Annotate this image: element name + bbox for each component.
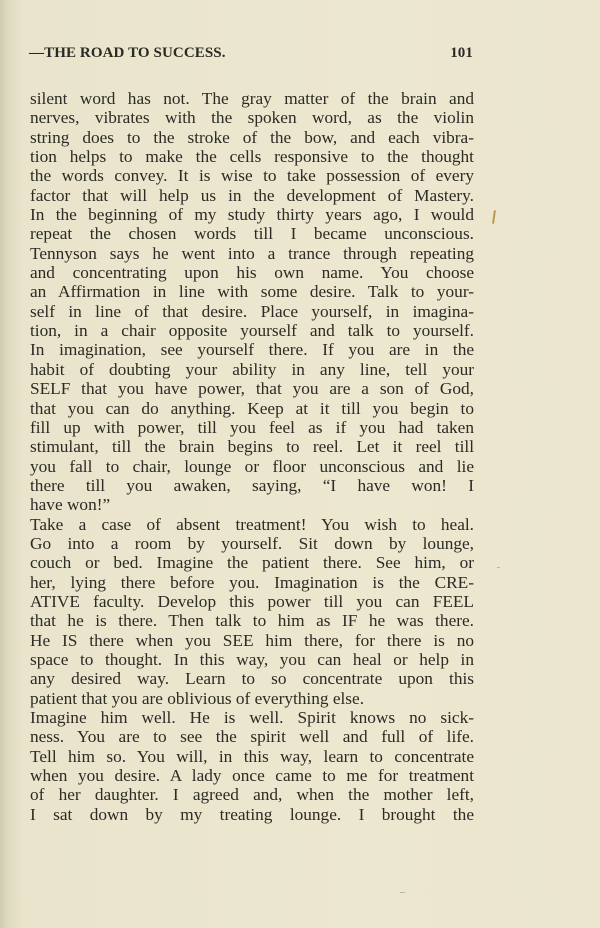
paper-speck — [497, 567, 500, 568]
text-line: couch or bed. Imagine the patient there.… — [30, 553, 474, 572]
text-line: patient that you are oblivious of everyt… — [30, 689, 474, 708]
text-line: you fall to chair, lounge or floor uncon… — [30, 457, 474, 476]
text-line: self in line of that desire. Place yours… — [30, 302, 474, 321]
text-line: silent word has not. The gray matter of … — [30, 89, 474, 108]
paper-speck — [400, 892, 405, 893]
text-line: Tennyson says he went into a trance thro… — [30, 244, 474, 263]
page-number: 101 — [450, 45, 473, 62]
text-line: tion helps to make the cells responsive … — [30, 147, 474, 166]
body-text: silent word has not. The gray matter of … — [30, 89, 474, 824]
text-line: I sat down by my treating lounge. I brou… — [30, 805, 474, 824]
text-line: when you desire. A lady once came to me … — [30, 766, 474, 785]
text-line: repeat the chosen words till I became un… — [30, 224, 474, 243]
text-line: Tell him so. You will, in this way, lear… — [30, 747, 474, 766]
book-page: —THE ROAD TO SUCCESS. 101 silent word ha… — [0, 0, 600, 928]
text-line: her, lying there before you. Imagination… — [30, 573, 474, 592]
text-line: ATIVE faculty. Develop this power till y… — [30, 592, 474, 611]
text-line: there till you awaken, saying, “I have w… — [30, 476, 474, 495]
running-title: —THE ROAD TO SUCCESS. — [29, 45, 226, 62]
running-header: —THE ROAD TO SUCCESS. 101 — [29, 45, 473, 65]
text-line: factor that will help us in the developm… — [30, 186, 474, 205]
text-line: the words convey. It is wise to take pos… — [30, 166, 474, 185]
text-line: space to thought. In this way, you can h… — [30, 650, 474, 669]
text-line: Imagine him well. He is well. Spirit kno… — [30, 708, 474, 727]
text-line: stimulant, till the brain begins to reel… — [30, 437, 474, 456]
text-line: that you can do anything. Keep at it til… — [30, 399, 474, 418]
margin-pencil-mark — [492, 210, 496, 224]
text-line: that he is there. Then talk to him as IF… — [30, 611, 474, 630]
text-line: In imagination, see yourself there. If y… — [30, 340, 474, 359]
text-line: of her daughter. I agreed and, when the … — [30, 785, 474, 804]
text-line: nerves, vibrates with the spoken word, a… — [30, 108, 474, 127]
text-line: SELF that you have power, that you are a… — [30, 379, 474, 398]
text-line: any desired way. Learn to so concentrate… — [30, 669, 474, 688]
text-line: Go into a room by yourself. Sit down by … — [30, 534, 474, 553]
text-line: habit of doubting your ability in any li… — [30, 360, 474, 379]
text-line: In the beginning of my study thirty year… — [30, 205, 474, 224]
text-line: string does to the stroke of the bow, an… — [30, 128, 474, 147]
text-line: He IS there when you SEE him there, for … — [30, 631, 474, 650]
text-line: fill up with power, till you feel as if … — [30, 418, 474, 437]
text-line: and concentrating upon his own name. You… — [30, 263, 474, 282]
text-line: Take a case of absent treatment! You wis… — [30, 515, 474, 534]
text-line: tion, in a chair opposite yourself and t… — [30, 321, 474, 340]
text-line: an Affirmation in line with some desire.… — [30, 282, 474, 301]
text-line: have won!” — [30, 495, 474, 514]
text-line: ness. You are to see the spirit well and… — [30, 727, 474, 746]
